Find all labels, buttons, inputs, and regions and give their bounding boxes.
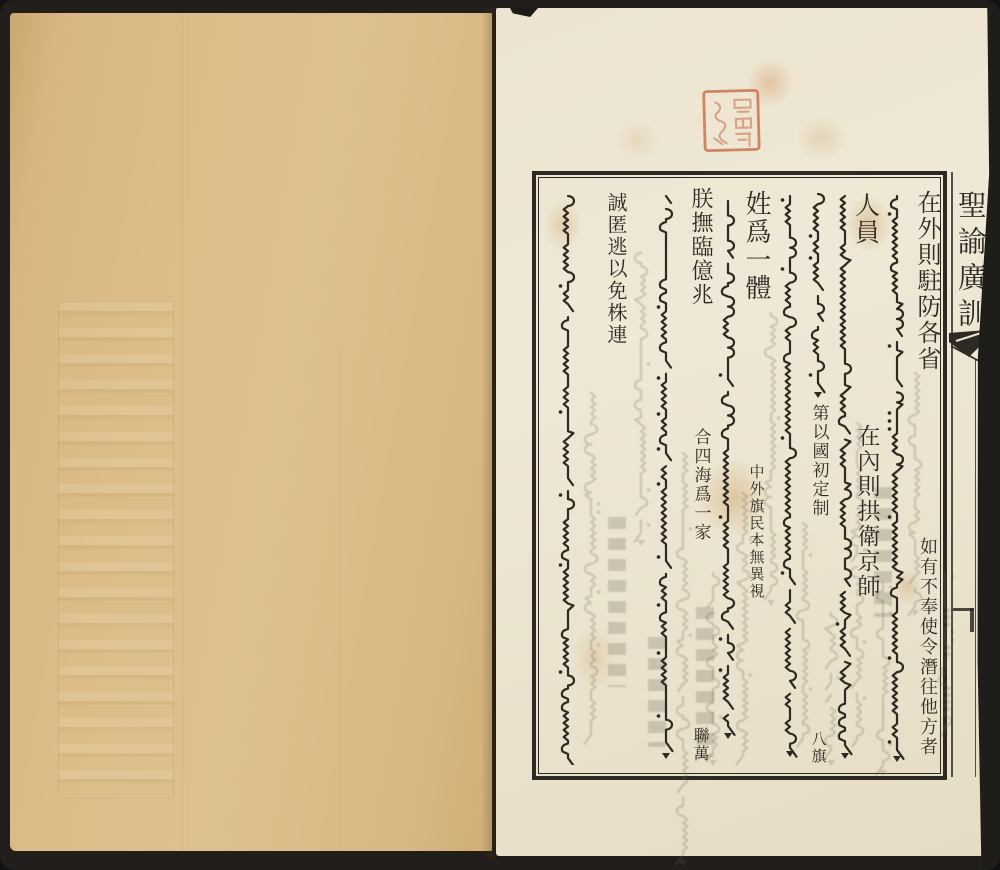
paper-crease xyxy=(182,13,185,851)
chinese-text-run: 誠匿逃以免株連 xyxy=(606,192,626,346)
chinese-text-run: 姓爲一體 xyxy=(743,190,769,302)
paper-crease xyxy=(340,348,343,851)
manchu-script-run xyxy=(555,190,581,769)
chinese-text-run: 中外旗民本無異視 xyxy=(749,464,764,600)
text-column-col-4 xyxy=(831,187,859,764)
text-block: 在外則駐防各省如有不奉使令潛往他方者人員在內則拱衛京師第以國初定制八旗姓爲一體中… xyxy=(544,187,941,764)
manchu-script-run xyxy=(884,190,910,767)
text-column-col-2 xyxy=(883,187,911,764)
manchu-script-run xyxy=(653,190,679,764)
right-printed-page: 在外則駐防各省如有不奉使令潛往他方者人員在內則拱衛京師第以國初定制八旗姓爲一體中… xyxy=(496,8,992,856)
collector-seal xyxy=(701,87,763,159)
chinese-text-run: 在外則駐防各省 xyxy=(915,190,939,372)
manchu-script-run xyxy=(715,195,741,744)
chinese-text-run: 如有不奉使令潛往他方者 xyxy=(918,537,936,757)
text-column-col-8 xyxy=(714,187,742,764)
text-column-col-7: 姓爲一體中外旗民本無異視 xyxy=(742,187,770,764)
strip-divider-mark xyxy=(970,608,974,632)
page-corner-notch xyxy=(510,8,538,22)
strip-border-line xyxy=(951,172,953,777)
text-column-col-11: 誠匿逃以免株連 xyxy=(602,187,630,764)
text-column-col-10 xyxy=(652,187,680,764)
show-through-text xyxy=(628,247,654,551)
foxing-stain xyxy=(616,120,660,160)
manchu-script-run xyxy=(805,188,831,403)
chinese-text-run: 第以國初定制 xyxy=(810,404,827,518)
text-column-col-5: 第以國初定制八旗 xyxy=(804,187,832,764)
chinese-text-run: 合四海爲一家 xyxy=(692,428,709,542)
chinese-text-run: 朕撫臨億兆 xyxy=(689,187,711,307)
left-blank-page xyxy=(10,13,492,851)
book-scan: 在外則駐防各省如有不奉使令潛往他方者人員在內則拱衛京師第以國初定制八旗姓爲一體中… xyxy=(0,0,1000,870)
embossed-impression xyxy=(58,301,174,798)
text-column-col-9: 朕撫臨億兆合四海爲一家聯萬 xyxy=(686,187,714,764)
chinese-text-run: 八旗 xyxy=(811,731,826,765)
text-column-col-6 xyxy=(776,187,804,764)
manchu-script-run xyxy=(777,190,803,762)
text-column-col-12 xyxy=(554,187,582,764)
foxing-stain xyxy=(796,116,846,160)
seal-graphic xyxy=(701,87,763,155)
manchu-script-run xyxy=(832,190,858,764)
text-column-col-1: 在外則駐防各省如有不奉使令潛往他方者 xyxy=(913,187,941,764)
strip-fold-line xyxy=(975,360,976,777)
chinese-text-run: 聯萬 xyxy=(692,727,708,763)
